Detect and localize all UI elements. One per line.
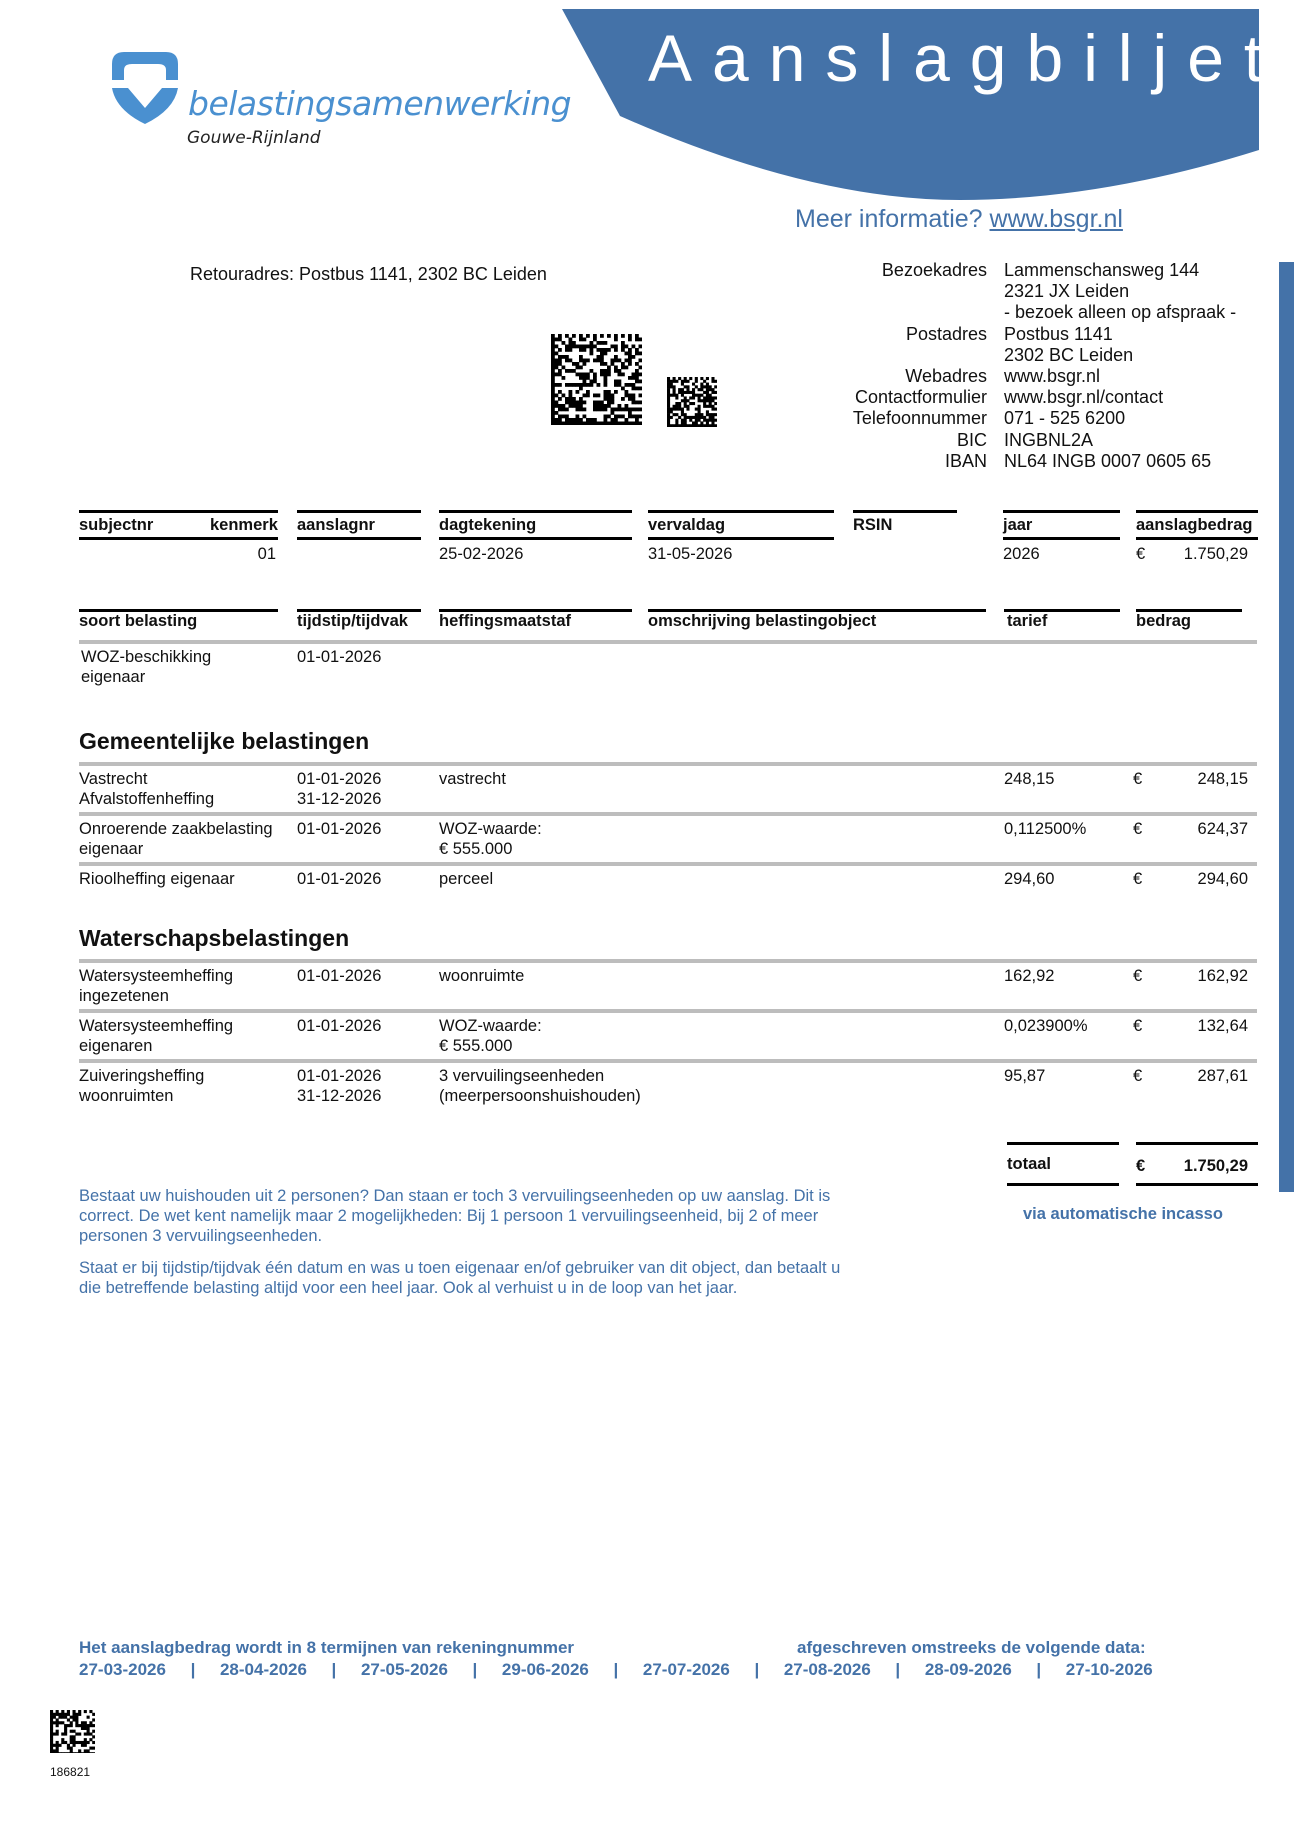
installment-date: 27-07-2026 xyxy=(643,1660,730,1679)
row-tarief: 0,112500% xyxy=(1004,820,1086,840)
installment-dates: 27-03-2026|28-04-2026|27-05-2026|29-06-2… xyxy=(79,1660,1153,1680)
row-soort-line: Watersysteemheffing xyxy=(79,967,233,987)
payment-method: via automatische incasso xyxy=(1023,1205,1223,1224)
total-currency: € xyxy=(1136,1157,1145,1176)
row-tijdstip: 01-01-2026 xyxy=(297,967,381,987)
row-currency: € xyxy=(1133,870,1142,890)
row-tarief: 0,023900% xyxy=(1004,1017,1088,1037)
row-tijdstip: 01-01-2026 xyxy=(297,1017,381,1037)
contact-label: Webadres xyxy=(780,366,987,387)
header-vervaldag: vervaldag xyxy=(648,516,725,535)
contact-label: Contactformulier xyxy=(780,387,987,408)
total-amount: 1.750,29 xyxy=(1160,1157,1248,1176)
row-tijdstip-line: 01-01-2026 xyxy=(297,967,381,987)
row-soort: Watersysteemheffingingezetenen xyxy=(79,967,233,1006)
document-number: 186821 xyxy=(50,1765,90,1779)
value-currency: € xyxy=(1136,545,1145,565)
row-tijdstip: 01-01-2026 xyxy=(297,820,381,840)
row-maatstaf-line: WOZ-waarde: xyxy=(439,820,542,840)
row-soort-line: Onroerende zaakbelasting xyxy=(79,820,273,840)
section-title: Gemeentelijke belastingen xyxy=(79,728,369,755)
row-tijdstip-line: 01-01-2026 xyxy=(297,1067,381,1087)
more-info: Meer informatie? www.bsgr.nl xyxy=(795,205,1123,234)
header-omschrijving: omschrijving belastingobject xyxy=(648,612,876,631)
value-kenmerk: 01 xyxy=(240,545,276,565)
row-tarief: 162,92 xyxy=(1004,967,1054,987)
bic: INGBNL2A xyxy=(1004,430,1274,451)
installment-date: 27-05-2026 xyxy=(361,1660,448,1679)
row-maatstaf-line: (meerpersoonshuishouden) xyxy=(439,1087,641,1107)
row-tijdstip: 01-01-202631-12-2026 xyxy=(297,1067,381,1106)
row-currency: € xyxy=(1133,770,1142,790)
section-title: Waterschapsbelastingen xyxy=(79,925,349,952)
visit-address-note: - bezoek alleen op afspraak - xyxy=(1004,302,1274,323)
row-tijdstip: 01-01-202631-12-2026 xyxy=(297,770,381,809)
row-tarief: 248,15 xyxy=(1004,770,1054,790)
date-separator: | xyxy=(307,1660,361,1680)
installment-date: 27-03-2026 xyxy=(79,1660,166,1679)
datamatrix-code-icon xyxy=(551,334,642,425)
row-maatstaf: WOZ-waarde:€ 555.000 xyxy=(439,820,542,859)
row-soort-line: Watersysteemheffing xyxy=(79,1017,233,1037)
row-maatstaf-line: woonruimte xyxy=(439,967,524,987)
postal-address-box: Postbus 1141 xyxy=(1004,324,1274,345)
header-heffingsmaatstaf: heffingsmaatstaf xyxy=(439,612,571,631)
row-soort: Zuiveringsheffingwoonruimten xyxy=(79,1067,204,1106)
contact-label: Telefoonnummer xyxy=(780,408,987,429)
iban: NL64 INGB 0007 0605 65 xyxy=(1004,451,1274,472)
contact-values: Lammenschansweg 144 2321 JX Leiden - bez… xyxy=(1004,260,1274,472)
value-vervaldag: 31-05-2026 xyxy=(648,545,732,565)
row-soort-line: Rioolheffing eigenaar xyxy=(79,870,235,890)
row-tarief: 95,87 xyxy=(1004,1067,1045,1087)
row-tijdstip: 01-01-2026 xyxy=(297,870,381,890)
logo-wordmark: belastingsamenwerking xyxy=(188,84,571,123)
date-separator: | xyxy=(448,1660,502,1680)
row-soort: Onroerende zaakbelastingeigenaar xyxy=(79,820,273,859)
more-info-label: Meer informatie? xyxy=(795,205,983,233)
web-address[interactable]: www.bsgr.nl xyxy=(1004,366,1274,387)
visit-address-city: 2321 JX Leiden xyxy=(1004,281,1274,302)
row-soort: VastrechtAfvalstoffenheffing xyxy=(79,770,214,809)
header-subjectnr: subjectnr xyxy=(79,516,153,535)
logo-shield-icon xyxy=(110,50,180,126)
row-currency: € xyxy=(1133,820,1142,840)
date-separator: | xyxy=(589,1660,643,1680)
row-soort-line: eigenaren xyxy=(79,1037,233,1057)
row-divider xyxy=(79,1059,1257,1063)
value-dagtekening: 25-02-2026 xyxy=(439,545,523,565)
visit-address-street: Lammenschansweg 144 xyxy=(1004,260,1274,281)
date-separator: | xyxy=(730,1660,784,1680)
row-bedrag: 294,60 xyxy=(1160,870,1248,890)
header-kenmerk: kenmerk xyxy=(210,516,278,535)
row-maatstaf-line: WOZ-waarde: xyxy=(439,1017,542,1037)
date-separator: | xyxy=(1012,1660,1066,1680)
row-maatstaf-line: vastrecht xyxy=(439,770,506,790)
row-maatstaf: WOZ-waarde:€ 555.000 xyxy=(439,1017,542,1056)
row-tijdstip-line: 01-01-2026 xyxy=(297,870,381,890)
row-bedrag: 624,37 xyxy=(1160,820,1248,840)
row-maatstaf: 3 vervuilingseenheden(meerpersoonshuisho… xyxy=(439,1067,641,1106)
row-bedrag: 132,64 xyxy=(1160,1017,1248,1037)
date-separator: | xyxy=(166,1660,220,1680)
installment-date: 29-06-2026 xyxy=(502,1660,589,1679)
postal-address-city: 2302 BC Leiden xyxy=(1004,345,1274,366)
return-address: Retouradres: Postbus 1141, 2302 BC Leide… xyxy=(190,264,547,285)
row-tijdstip-line: 31-12-2026 xyxy=(297,1087,381,1107)
row-maatstaf: woonruimte xyxy=(439,967,524,987)
document-title: Aanslagbiljet xyxy=(648,20,1282,96)
installment-date: 27-10-2026 xyxy=(1066,1660,1153,1679)
row-maatstaf-line: € 555.000 xyxy=(439,1037,542,1057)
value-jaar: 2026 xyxy=(1003,545,1040,565)
contact-label: BIC xyxy=(780,430,987,451)
header-rsin: RSIN xyxy=(853,516,892,535)
datamatrix-code-footer-icon xyxy=(50,1710,95,1753)
installment-date: 27-08-2026 xyxy=(784,1660,871,1679)
header-tijdstip: tijdstip/tijdvak xyxy=(297,612,408,631)
header-aanslagnr: aanslagnr xyxy=(297,516,375,535)
row-soort-line: woonruimten xyxy=(79,1087,204,1107)
row-tijdstip-line: 01-01-2026 xyxy=(297,1017,381,1037)
header-bedrag: bedrag xyxy=(1136,612,1191,631)
row-maatstaf-line: perceel xyxy=(439,870,493,890)
side-accent-bar xyxy=(1279,262,1294,1192)
total-label: totaal xyxy=(1007,1155,1051,1174)
contact-labels: Bezoekadres Postadres Webadres Contactfo… xyxy=(780,260,987,472)
header-dagtekening: dagtekening xyxy=(439,516,536,535)
installment-date: 28-09-2026 xyxy=(925,1660,1012,1679)
header-tarief: tarief xyxy=(1007,612,1047,631)
contact-label: IBAN xyxy=(780,451,987,472)
row-currency: € xyxy=(1133,1067,1142,1087)
installments-intro-left: Het aanslagbedrag wordt in 8 termijnen v… xyxy=(79,1638,574,1658)
header-soort-belasting: soort belasting xyxy=(79,612,197,631)
logo-region: Gouwe-Rijnland xyxy=(187,128,321,148)
header-jaar: jaar xyxy=(1003,516,1032,535)
row-divider xyxy=(79,762,1257,766)
row-soort: Rioolheffing eigenaar xyxy=(79,870,235,890)
installment-date: 28-04-2026 xyxy=(220,1660,307,1679)
more-info-link[interactable]: www.bsgr.nl xyxy=(990,205,1123,233)
row-soort-line: Vastrecht xyxy=(79,770,214,790)
row-soort-line: ingezetenen xyxy=(79,987,233,1007)
row-tijdstip-line: 01-01-2026 xyxy=(297,820,381,840)
row-soort-line: eigenaar xyxy=(79,840,273,860)
row-divider xyxy=(79,862,1257,866)
row-divider xyxy=(79,1009,1257,1013)
row-bedrag: 248,15 xyxy=(1160,770,1248,790)
contact-label: Postadres xyxy=(780,324,987,345)
row-divider xyxy=(79,959,1257,963)
date-separator: | xyxy=(871,1660,925,1680)
row-tarief: 294,60 xyxy=(1004,870,1054,890)
woz-soort-line1: WOZ-beschikking xyxy=(81,648,211,668)
note-tijdstip: Staat er bij tijdstip/tijdvak één datum … xyxy=(79,1258,849,1298)
row-bedrag: 287,61 xyxy=(1160,1067,1248,1087)
value-aanslagbedrag: 1.750,29 xyxy=(1160,545,1248,565)
phone-number: 071 - 525 6200 xyxy=(1004,408,1274,429)
header-aanslagbedrag: aanslagbedrag xyxy=(1136,516,1252,535)
row-tijdstip-line: 01-01-2026 xyxy=(297,770,381,790)
row-soort: Watersysteemheffingeigenaren xyxy=(79,1017,233,1056)
datamatrix-code-small-icon xyxy=(667,377,717,427)
row-maatstaf: perceel xyxy=(439,870,493,890)
installments-intro-right: afgeschreven omstreeks de volgende data: xyxy=(797,1638,1146,1658)
row-bedrag: 162,92 xyxy=(1160,967,1248,987)
row-maatstaf-line: 3 vervuilingseenheden xyxy=(439,1067,641,1087)
row-tijdstip-line: 31-12-2026 xyxy=(297,790,381,810)
row-currency: € xyxy=(1133,967,1142,987)
woz-soort-line2: eigenaar xyxy=(81,668,145,688)
contact-form-link[interactable]: www.bsgr.nl/contact xyxy=(1004,387,1274,408)
woz-tijdstip: 01-01-2026 xyxy=(297,648,381,668)
row-currency: € xyxy=(1133,1017,1142,1037)
contact-label: Bezoekadres xyxy=(780,260,987,281)
row-soort-line: Zuiveringsheffing xyxy=(79,1067,204,1087)
row-soort-line: Afvalstoffenheffing xyxy=(79,790,214,810)
row-maatstaf: vastrecht xyxy=(439,770,506,790)
row-divider xyxy=(79,812,1257,816)
row-maatstaf-line: € 555.000 xyxy=(439,840,542,860)
note-vervuilingseenheden: Bestaat uw huishouden uit 2 personen? Da… xyxy=(79,1186,849,1246)
